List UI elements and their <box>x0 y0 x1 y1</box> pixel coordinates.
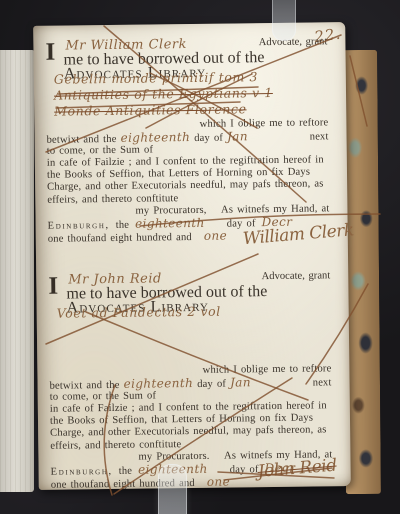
borrow-entries: I Mr William Clerk Advocate, grant me to… <box>33 22 351 490</box>
borrow-entry: I Mr William Clerk Advocate, grant me to… <box>45 36 329 243</box>
advocate-grant-label: Advocate, grant <box>259 36 328 49</box>
day-of-label: day of <box>230 465 259 478</box>
next-label: next <box>310 132 329 145</box>
return-day: eighteenth <box>120 131 190 144</box>
return-month: Jan <box>230 377 251 390</box>
book-titles: Voet ad Pandectas 2 vol <box>49 302 332 366</box>
page-holder-strip-bottom <box>158 464 187 514</box>
next-label: next <box>313 378 332 391</box>
book-titles: Gebelin monde primitif tom 3 Antiquities… <box>46 68 329 120</box>
year-word: one <box>204 228 227 242</box>
drop-cap-initial: I <box>48 275 58 299</box>
signed-day: eighteenth <box>135 217 205 230</box>
borrow-entry: I Mr John Reid Advocate, grant me to hav… <box>48 270 333 489</box>
book-photo: 22. I Mr William Clerk Advocate, grant m… <box>0 0 400 514</box>
book-title-line: Antiquities of the Egyptians v 1 <box>54 85 273 103</box>
page-holder-strip-top <box>272 0 296 41</box>
day-of-label: day of <box>197 379 226 392</box>
book-title-line: Monde Antiquities Florence <box>54 101 246 118</box>
return-day: eighteenth <box>123 377 193 390</box>
day-of-label: day of <box>194 133 223 146</box>
book-title-line: Voet ad Pandectas 2 vol <box>57 304 221 321</box>
book-title-line: Gebelin monde primitif tom 3 <box>54 69 258 86</box>
year-word: one <box>207 474 230 488</box>
year-text: one thoufand eight hundred and <box>48 232 192 245</box>
return-month: Jan <box>227 131 248 144</box>
advocate-grant-label: Advocate, grant <box>262 270 331 283</box>
page-stack-edge <box>0 50 34 492</box>
drop-cap-initial: I <box>45 41 55 65</box>
ledger-page: 22. I Mr William Clerk Advocate, grant m… <box>33 22 351 490</box>
